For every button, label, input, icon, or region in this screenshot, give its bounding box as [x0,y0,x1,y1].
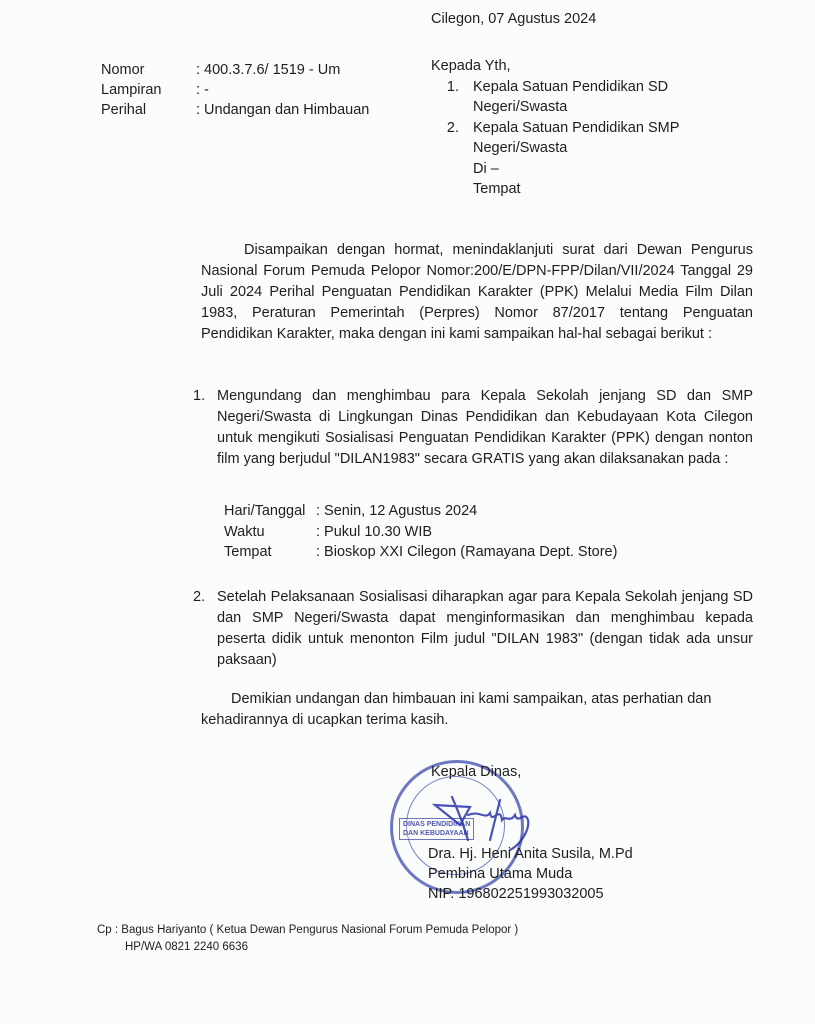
contact-phone: HP/WA 0821 2240 6636 [97,939,518,956]
recipient-block: Kepada Yth, 1. Kepala Satuan Pendidikan … [431,56,679,200]
event-value: : Bioskop XXI Cilegon (Ramayana Dept. St… [316,542,617,563]
point-text: Setelah Pelaksanaan Sosialisasi diharapk… [217,587,753,671]
recipient-num: 1. [439,77,459,98]
signatory-title: Kepala Dinas, [428,762,633,782]
meta-label: Nomor [101,60,196,80]
recipient-num: 2. [439,118,459,139]
point-number: 1. [193,386,217,470]
recipient-line: Negeri/Swasta [431,138,679,159]
point-text: Mengundang dan menghimbau para Kepala Se… [217,386,753,470]
meta-label: Lampiran [101,80,196,100]
signature-block: Kepala Dinas, Dra. Hj. Heni Anita Susila… [428,762,633,904]
event-label: Tempat [224,542,316,563]
event-value: : Senin, 12 Agustus 2024 [316,501,477,522]
event-details: Hari/Tanggal : Senin, 12 Agustus 2024 Wa… [224,501,617,563]
contact-person: Cp : Bagus Hariyanto ( Ketua Dewan Pengu… [97,922,518,956]
recipient-line: Kepala Satuan Pendidikan SD [473,77,668,98]
event-date: Hari/Tanggal : Senin, 12 Agustus 2024 [224,501,617,522]
meta-label: Perihal [101,100,196,120]
closing-paragraph: Demikian undangan dan himbauan ini kami … [201,689,753,731]
recipient-line: Negeri/Swasta [431,97,679,118]
event-label: Hari/Tanggal [224,501,316,522]
letter-page: Cilegon, 07 Agustus 2024 Nomor : 400.3.7… [0,0,815,1024]
signatory-nip: NIP. 196802251993032005 [428,884,633,904]
meta-nomor: Nomor : 400.3.7.6/ 1519 - Um [101,60,369,80]
recipient-line: Kepala Satuan Pendidikan SMP [473,118,679,139]
recipient-item: 1. Kepala Satuan Pendidikan SD [431,77,679,98]
opening-paragraph: Disampaikan dengan hormat, menindaklanju… [201,240,753,345]
point-number: 2. [193,587,217,671]
recipient-item: 2. Kepala Satuan Pendidikan SMP [431,118,679,139]
point-2: 2. Setelah Pelaksanaan Sosialisasi dihar… [193,587,753,671]
event-place: Tempat : Bioskop XXI Cilegon (Ramayana D… [224,542,617,563]
meta-value: : Undangan dan Himbauan [196,100,369,120]
recipient-di: Di – [431,159,679,180]
letter-meta: Nomor : 400.3.7.6/ 1519 - Um Lampiran : … [101,60,369,120]
event-value: : Pukul 10.30 WIB [316,522,432,543]
recipient-tempat: Tempat [431,179,679,200]
recipient-greeting: Kepada Yth, [431,56,679,77]
event-label: Waktu [224,522,316,543]
place-date: Cilegon, 07 Agustus 2024 [431,9,596,29]
meta-lampiran: Lampiran : - [101,80,369,100]
event-time: Waktu : Pukul 10.30 WIB [224,522,617,543]
point-1: 1. Mengundang dan menghimbau para Kepala… [193,386,753,470]
meta-perihal: Perihal : Undangan dan Himbauan [101,100,369,120]
signatory-rank: Pembina Utama Muda [428,864,633,884]
meta-value: : - [196,80,209,100]
contact-line: Cp : Bagus Hariyanto ( Ketua Dewan Pengu… [97,922,518,939]
signatory-name: Dra. Hj. Heni Anita Susila, M.Pd [428,844,633,864]
meta-value: : 400.3.7.6/ 1519 - Um [196,60,340,80]
